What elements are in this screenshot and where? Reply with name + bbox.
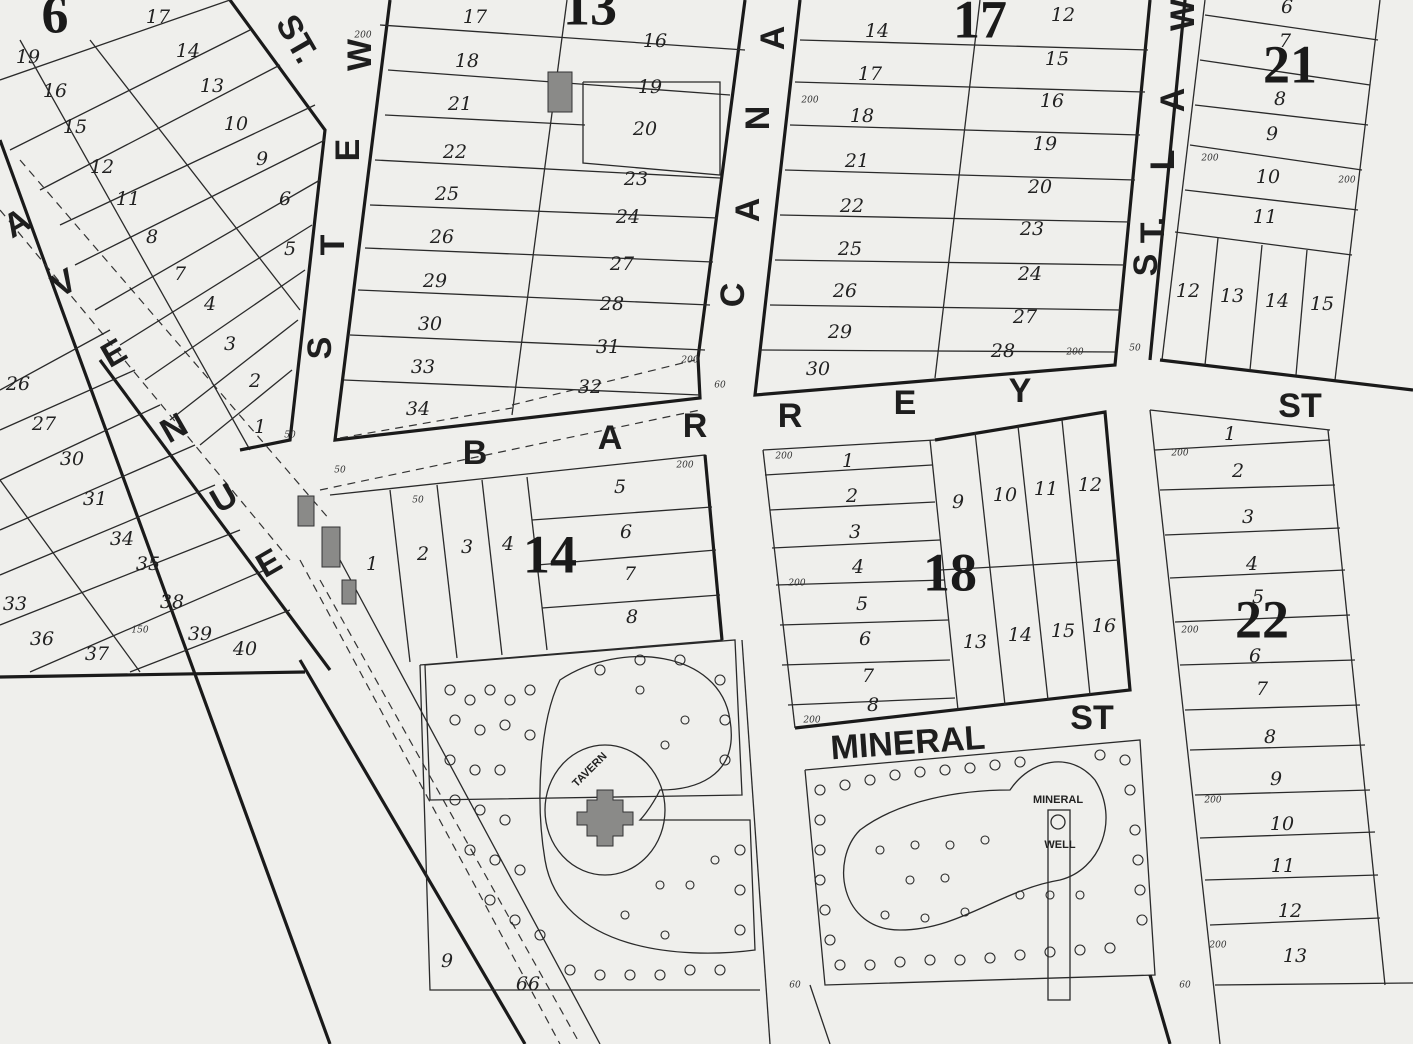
tavern-label: TAVERN [570,750,609,789]
svg-text:R: R [683,407,708,445]
svg-text:U: U [204,476,244,521]
block-14: 14 1 2 3 4 5 6 7 8 50 50 200 [298,410,722,665]
dimension-label: 200 [1180,626,1198,636]
lot-label: 30 [806,358,830,380]
dimension-label: 200 [1203,796,1221,806]
lot-label: 14 [1265,290,1289,312]
lot-label: 24 [615,206,640,228]
lot-label: 26 [429,226,454,248]
lot-label: 11 [1253,206,1277,228]
lot-label: 29 [827,321,852,343]
lot-label: 10 [993,484,1017,506]
lot-label: 4 [1245,553,1258,575]
lot-label: 31 [596,336,620,358]
lot-label: 10 [1270,813,1294,835]
lot-label: 3 [849,521,861,543]
lot-label: 7 [862,665,875,687]
lot-label: 25 [837,238,862,260]
lot-label: 38 [160,591,184,613]
svg-text:W: W [341,38,379,71]
dimension-label: 50 [1129,344,1141,354]
lot-label: 8 [1264,726,1276,748]
tavern-park: TAVERN 9 66 [420,640,760,995]
lot-label: 28 [990,340,1015,362]
dimension-label: 200 [680,356,698,366]
lot-label: 9 [952,491,964,513]
lot-label: 18 [850,105,874,127]
svg-text:A: A [729,198,767,223]
svg-text:R: R [778,397,803,435]
lot-label: 4 [203,293,216,315]
lot-label: 28 [599,293,624,315]
lot-label: 33 [411,356,435,378]
lot-label: 5 [614,476,626,498]
lot-label: 1 [1224,423,1236,445]
dimension-label: 150 [131,626,148,636]
lot-label: 27 [1012,306,1038,328]
lot-label: 14 [1008,624,1032,646]
lot-label: 30 [418,313,442,335]
lot-label: 3 [224,333,236,355]
building-icon [322,527,340,567]
svg-text:N: N [739,106,777,131]
dimension-label: 200 [1200,154,1218,164]
lot-label: 13 [1283,945,1307,967]
lot-label: 9 [1266,123,1278,145]
lot-label: 3 [1242,506,1254,528]
dimension-label: 200 [787,579,805,589]
lot-label: 16 [1040,90,1064,112]
lot-label: 6 [859,628,871,650]
lot-label: 14 [865,20,889,42]
lot-label: 21 [844,150,869,172]
block-label-17: 17 [953,0,1007,49]
lot-label: 3 [461,536,473,558]
lot-label: 7 [1279,30,1292,52]
lot-label: 6 [279,188,291,210]
lot-label: 30 [60,448,84,470]
svg-text:E: E [329,139,367,162]
lot-label: 26 [832,280,857,302]
block-17: 17 14 17 18 21 22 25 26 29 30 12 15 16 1… [755,0,1150,395]
dimension-label: 60 [714,381,726,391]
lot-label: 2 [1231,460,1244,482]
lot-label: 12 [90,156,114,178]
svg-text:E: E [894,384,917,422]
lot-label: 20 [1027,176,1052,198]
lot-label: 35 [136,553,160,575]
lot-label: 22 [442,141,467,163]
lot-label: 6 [620,521,632,543]
street-label-stew: S T E W ST. [268,8,379,359]
lot-label: 11 [116,188,140,210]
dimension-label: 200 [774,452,792,462]
lot-label: 1 [842,450,854,472]
svg-text:Y: Y [1009,372,1032,410]
lot-label: 12 [1278,900,1302,922]
lot-label: 34 [110,528,134,550]
lot-label: 16 [643,30,667,52]
dimension-label: 50 [334,466,346,476]
well-icon [1051,815,1065,829]
dimension-label: 200 [800,96,818,106]
stlaw-west-edge [1150,975,1170,1044]
svg-text:A: A [1154,88,1192,113]
block-22: 22 1 2 3 4 5 6 7 8 9 10 11 12 13 200 200… [1150,410,1413,1044]
mineral-well-label-1: MINERAL [1033,794,1083,806]
svg-text:L: L [1144,150,1182,171]
svg-text:ST: ST [1070,699,1114,737]
lot-label: 6 [1249,645,1261,667]
dimension-label: 66 [516,973,540,995]
lot-label: 39 [188,623,212,645]
lot-label: 23 [623,168,648,190]
lot-label: 2 [248,370,261,392]
svg-text:T: T [314,234,352,255]
svg-text:B: B [463,434,488,472]
dimension-label: 50 [412,496,424,506]
lot-label: 11 [1271,855,1295,877]
plat-map: 6 19 16 15 12 11 8 7 4 3 2 1 17 14 13 10… [0,0,1413,1044]
tavern-building-icon [577,790,633,846]
svg-text:ST: ST [1278,387,1322,425]
block-6: 6 19 16 15 12 11 8 7 4 3 2 1 17 14 13 10… [0,0,325,450]
lot-label: 10 [1256,166,1280,188]
lot-label: 17 [463,6,488,28]
lot-label: 24 [1017,263,1042,285]
block-21: 21 6 7 8 9 10 11 12 13 14 15 200 200 [1150,0,1413,390]
lot-label: 12 [1176,280,1200,302]
svg-text:W: W [1164,0,1202,31]
lot-label: 1 [254,416,266,438]
canal-east-edge [810,985,830,1044]
lot-label: 6 [1281,0,1293,18]
mineral-well-park: MINERAL WELL 60 [789,740,1155,1000]
lot-label: 26 [5,373,30,395]
svg-text:A: A [754,26,792,51]
lot-label: 34 [406,398,430,420]
lot-label: 4 [851,556,864,578]
lot-label: 5 [1252,586,1264,608]
lot-label: 33 [3,593,27,615]
dimension-label: 200 [1170,449,1188,459]
lot-label: 19 [16,46,40,68]
lot-label: 40 [232,638,257,660]
lot-label: 4 [501,533,514,555]
lot-label: 10 [224,113,248,135]
lot-label: 21 [447,93,472,115]
lot-label: 13 [200,75,224,97]
building-icon [298,496,314,526]
block-label-6: 6 [42,0,69,44]
lot-label: 5 [284,238,296,260]
lot-label: 37 [85,643,110,665]
svg-text:A: A [598,419,623,457]
lot-label: 2 [845,485,858,507]
lot-label: 5 [856,593,868,615]
dimension-label: 200 [675,461,693,471]
building-icon [342,580,356,604]
lot-label: 23 [1019,218,1044,240]
lot-label: 15 [1051,620,1075,642]
lot-label: 15 [1045,48,1069,70]
svg-text:V: V [45,261,84,305]
dimension-label: 200 [1065,348,1083,358]
lot-label: 9 [1270,768,1282,790]
mineral-well-label-2: WELL [1044,839,1075,851]
svg-text:S: S [301,337,339,360]
lot-label: 8 [146,226,158,248]
lot-label: 1 [366,553,378,575]
lot-label: 8 [626,606,638,628]
lot-label: 17 [146,6,171,28]
svg-text:MINERAL: MINERAL [829,719,986,768]
lot-label: 19 [638,76,662,98]
lot-label: 16 [1092,615,1116,637]
lot-label: 13 [1220,285,1244,307]
lot-label: 7 [1256,678,1269,700]
canal-west-edge [742,640,770,1044]
lot-label: 15 [63,116,87,138]
block-label-14: 14 [523,524,577,584]
lot-label: 7 [174,263,187,285]
lot-label: 8 [867,694,879,716]
dimension-label: 200 [1337,176,1355,186]
lot-label: 9 [256,148,268,170]
lot-label: 14 [176,40,200,62]
lot-label: 13 [963,631,987,653]
lot-label: 17 [858,63,883,85]
lot-label: 15 [1310,293,1334,315]
lot-label: 16 [43,80,67,102]
lot-label: 18 [455,50,479,72]
svg-text:E: E [250,541,289,585]
svg-text:N: N [154,406,194,451]
block-13: 13 17 18 21 22 25 26 29 30 33 34 16 19 2… [335,0,745,440]
block-label-13: 13 [563,0,617,36]
svg-text:E: E [95,331,134,375]
svg-text:ST.: ST. [268,8,325,70]
dimension-label: 60 [789,981,801,991]
lot-label: 22 [839,195,864,217]
lot-label: 8 [1274,88,1286,110]
lot-label: 32 [578,376,602,398]
lot-label: 20 [632,118,657,140]
lot-label: 27 [609,253,635,275]
lot-label: 12 [1051,4,1075,26]
svg-text:T.: T. [1134,217,1172,243]
lot-label: 27 [31,413,57,435]
lot-label: 29 [422,270,447,292]
dimension-label: 60 [1179,981,1191,991]
lot-label: 12 [1078,474,1102,496]
lot-label: 31 [83,488,107,510]
svg-text:S: S [1127,254,1165,277]
building-icon [548,72,572,112]
svg-text:C: C [714,283,752,308]
block-label-18: 18 [923,542,977,602]
lot-label: 25 [434,183,459,205]
lot-label: 36 [30,628,54,650]
lot-label: 19 [1033,133,1057,155]
dimension-label: 50 [284,431,296,441]
block-18: 18 1 2 3 4 5 6 7 8 9 10 11 12 13 14 15 1… [763,412,1130,728]
lot-label: 9 [441,950,453,972]
lot-label: 11 [1034,478,1058,500]
lot-label: 7 [624,563,637,585]
dimension-label: 200 [1208,941,1226,951]
lot-label: 2 [416,543,429,565]
dimension-label: 200 [802,716,820,726]
